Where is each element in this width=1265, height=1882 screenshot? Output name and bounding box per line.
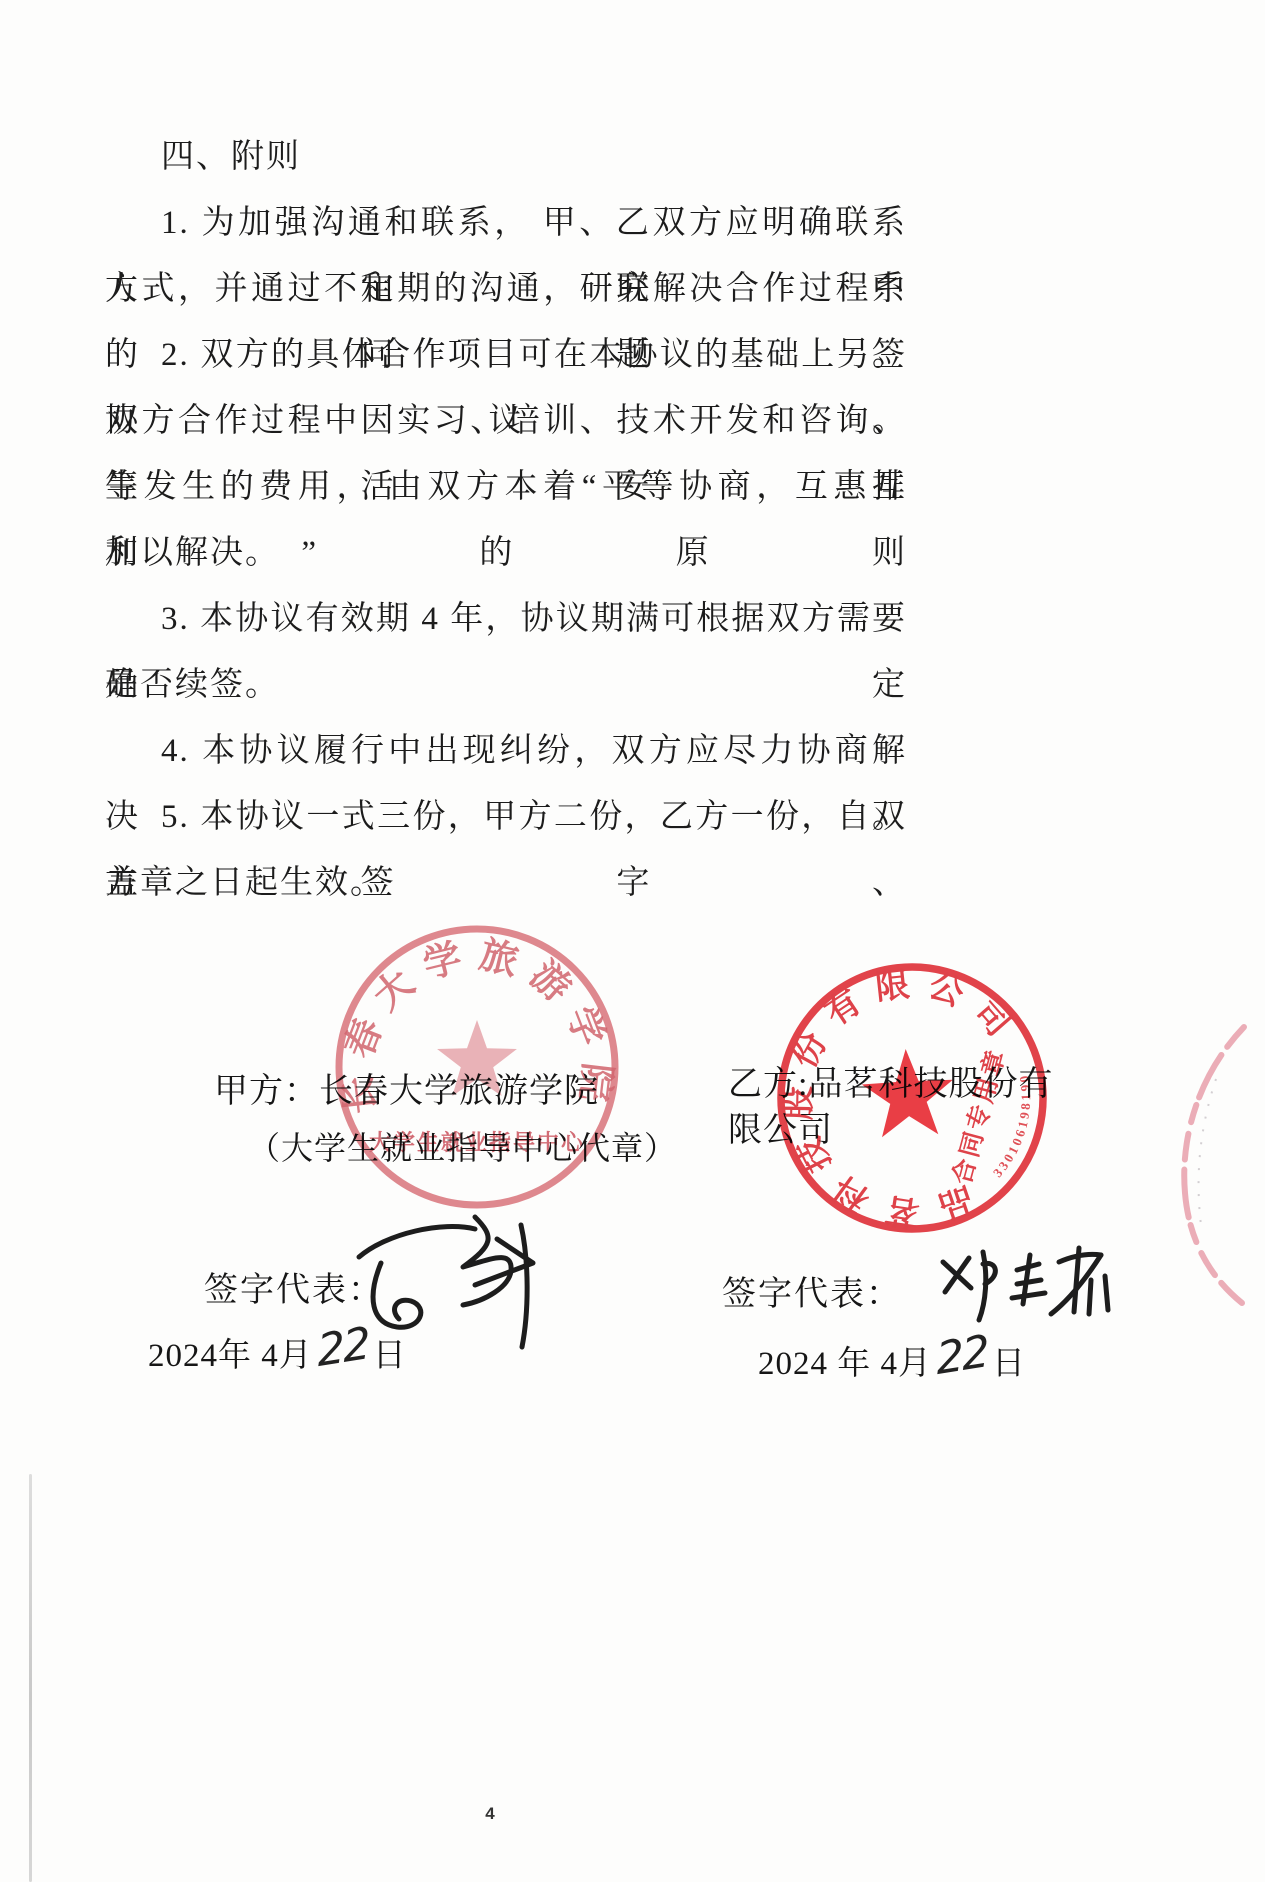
contract-line: 5. 本协议一式三份，甲方二份，乙方一份，自双方签字、 [105, 784, 907, 850]
contract-line: 2. 双方的具体合作项目可在本协议的基础上另签协议。 [105, 322, 907, 388]
contract-line: 1. 为加强沟通和联系， 甲、乙双方应明确联系人和联系 [105, 190, 907, 256]
party-b-seal-star-icon [850, 1040, 957, 1151]
party-b-seal: 品茗科技股份有限公司 合同专用章 330106198190 [774, 960, 1050, 1236]
party-b-date-prefix: 2024 年 4月 [758, 1337, 932, 1384]
contract-page: 四、附则 1. 为加强沟通和联系， 甲、乙双方应明确联系人和联系 方式，并通过不… [0, 0, 1265, 1882]
scan-edge-artifact [29, 1474, 32, 1882]
contract-line: 4. 本协议履行中出现纠纷，双方应尽力协商解决。 [105, 718, 907, 784]
party-b-date-suffix: 日 [992, 1337, 1026, 1384]
party-a-seal: 长春大学旅游学院 大学生就业指导中心 [332, 922, 622, 1212]
party-b-signature [933, 1240, 1128, 1340]
page-number: 4 [455, 1804, 525, 1824]
section-heading: 四、附则 [105, 124, 907, 190]
party-a-seal-star-icon [437, 1020, 517, 1096]
party-a-date-prefix: 2024年 4月 [148, 1329, 313, 1376]
contract-line: 方式，并通过不定期的沟通，研究解决合作过程中的问题。 [105, 256, 907, 322]
party-b-signer-label: 签字代表： [722, 1266, 902, 1315]
edge-partial-seal [1152, 1015, 1264, 1315]
contract-line: 3. 本协议有效期 4 年，协议期满可根据双方需要确定 [105, 586, 907, 652]
contract-line: 双方合作过程中因实习、培训、技术开发和咨询、生活安排 [105, 388, 907, 454]
party-b-date: 2024 年 4月22日 [758, 1334, 1026, 1385]
party-a-seal-bottom-text: 大学生就业指导中心 [369, 1130, 585, 1155]
contract-body: 四、附则 1. 为加强沟通和联系， 甲、乙双方应明确联系人和联系 方式，并通过不… [105, 124, 907, 916]
party-a-signature [345, 1205, 545, 1353]
contract-line: 等发生的费用， 由双方本着“平等协商，互惠互利”的原则 [105, 454, 907, 520]
